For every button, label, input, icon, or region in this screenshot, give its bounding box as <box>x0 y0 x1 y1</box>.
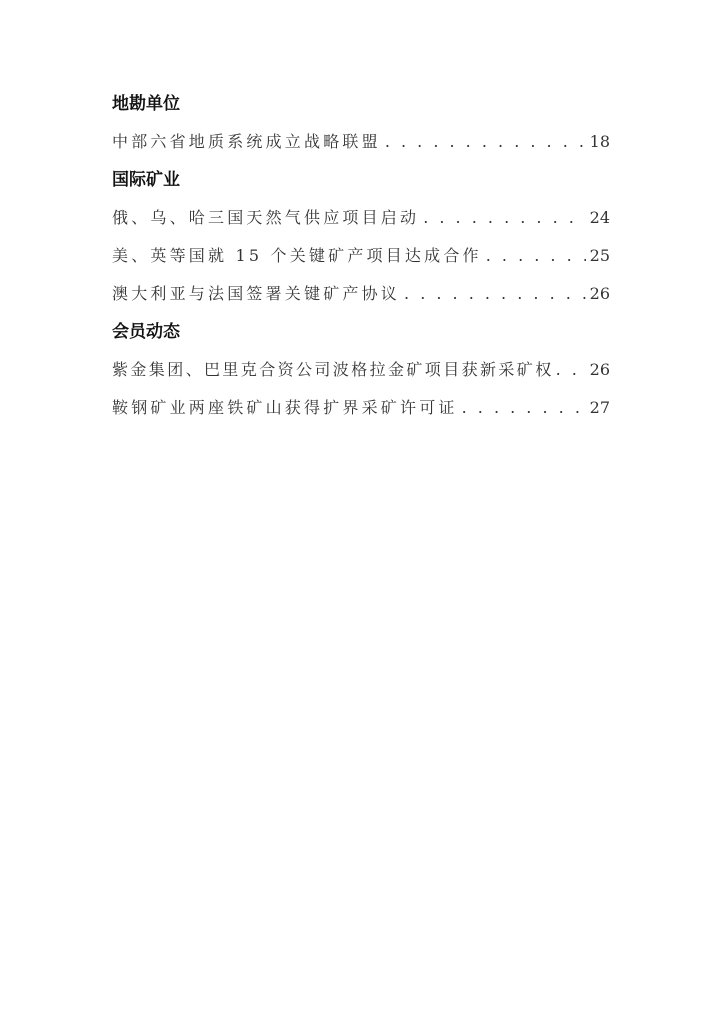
toc-entry[interactable]: 紫金集团、巴里克合资公司波格拉金矿项目获新采矿权 26 <box>112 358 610 382</box>
section-title: 会员动态 <box>112 320 610 344</box>
section-title: 国际矿业 <box>112 168 610 192</box>
toc-entry[interactable]: 中部六省地质系统成立战略联盟 18 <box>112 130 610 154</box>
dot-leader <box>556 358 588 382</box>
entry-title: 澳大利亚与法国签署关键矿产协议 <box>112 282 400 306</box>
entry-title: 俄、乌、哈三国天然气供应项目启动 <box>112 206 419 230</box>
entry-title: 鞍钢矿业两座铁矿山获得扩界采矿许可证 <box>112 396 458 420</box>
page-number: 18 <box>590 130 610 154</box>
toc-entry[interactable]: 鞍钢矿业两座铁矿山获得扩界采矿许可证 27 <box>112 396 610 420</box>
page-number: 26 <box>590 358 610 382</box>
dot-leader <box>385 130 586 154</box>
table-of-contents: 地勘单位 中部六省地质系统成立战略联盟 18 国际矿业 俄、乌、哈三国天然气供应… <box>112 92 610 434</box>
dot-leader <box>404 282 586 306</box>
page-number: 25 <box>590 244 610 268</box>
page-number: 26 <box>590 282 610 306</box>
page-number: 27 <box>590 396 610 420</box>
page-number: 24 <box>590 206 610 230</box>
entry-title: 美、英等国就 15 个关键矿产项目达成合作 <box>112 244 482 268</box>
dot-leader <box>423 206 585 230</box>
dot-leader <box>486 244 586 268</box>
entry-title: 中部六省地质系统成立战略联盟 <box>112 130 381 154</box>
entry-title: 紫金集团、巴里克合资公司波格拉金矿项目获新采矿权 <box>112 358 554 382</box>
dot-leader <box>462 396 586 420</box>
toc-entry[interactable]: 俄、乌、哈三国天然气供应项目启动 24 <box>112 206 610 230</box>
toc-entry[interactable]: 澳大利亚与法国签署关键矿产协议 26 <box>112 282 610 306</box>
toc-entry[interactable]: 美、英等国就 15 个关键矿产项目达成合作 25 <box>112 244 610 268</box>
document-page: 地勘单位 中部六省地质系统成立战略联盟 18 国际矿业 俄、乌、哈三国天然气供应… <box>0 0 720 1018</box>
section-title: 地勘单位 <box>112 92 610 116</box>
